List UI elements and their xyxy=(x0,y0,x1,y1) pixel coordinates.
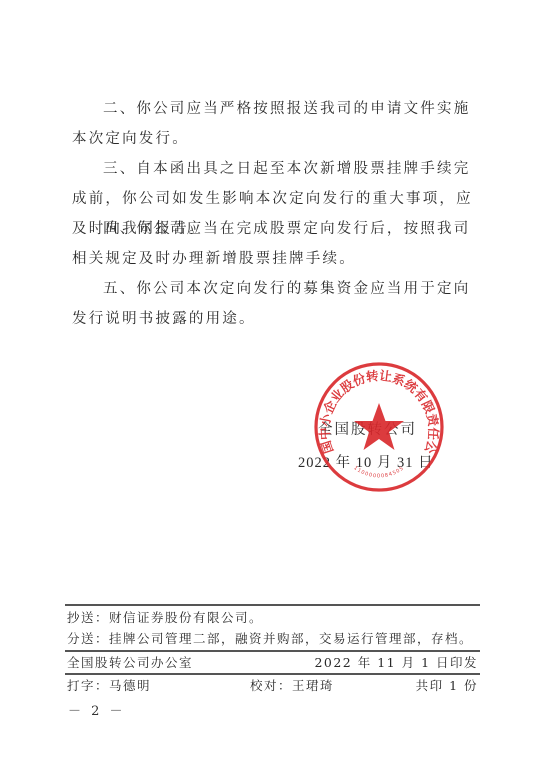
rule-mid xyxy=(65,650,480,652)
paragraph-item-4: 四、你公司应当在完成股票定向发行后，按照我司相关规定及时办理新增股票挂牌手续。 xyxy=(72,214,474,274)
cc-text: 抄送：财信证券股份有限公司。 xyxy=(67,608,263,628)
typist: 打字：马德明 xyxy=(67,676,151,696)
cc-line: 抄送：财信证券股份有限公司。 xyxy=(67,608,478,628)
paragraph-item-2: 二、你公司应当严格按照报送我司的申请文件实施本次定向发行。 xyxy=(72,94,474,154)
paragraph-item-5: 五、你公司本次定向发行的募集资金应当用于定向发行说明书披露的用途。 xyxy=(72,274,474,334)
send-to-line: 分送：挂牌公司管理二部，融资并购部，交易运行管理部，存档。 xyxy=(67,629,478,649)
issued-date: 2022 年 11 月 1 日印发 xyxy=(314,653,478,673)
rule-lower xyxy=(65,673,480,675)
rule-top xyxy=(65,604,480,606)
copies-count: 共印 1 份 xyxy=(416,676,478,696)
send-to-text: 分送：挂牌公司管理二部，融资并购部，交易运行管理部，存档。 xyxy=(67,629,473,649)
seal-serial: 1100000084505 xyxy=(352,465,405,479)
page-number: － 2 － xyxy=(68,700,126,719)
issue-line: 全国股转公司办公室 2022 年 11 月 1 日印发 xyxy=(67,653,478,673)
official-seal: 全国中小企业股份转让系统有限责任公司 1100000084505 xyxy=(312,360,446,494)
proofreader: 校对：王珺琦 xyxy=(250,676,334,696)
star-icon xyxy=(354,403,404,450)
issuing-office: 全国股转公司办公室 xyxy=(67,653,193,673)
typing-line: 打字：马德明 校对：王珺琦 共印 1 份 xyxy=(67,676,478,696)
seal-ring-text: 全国中小企业股份转让系统有限责任公司 xyxy=(312,360,441,456)
